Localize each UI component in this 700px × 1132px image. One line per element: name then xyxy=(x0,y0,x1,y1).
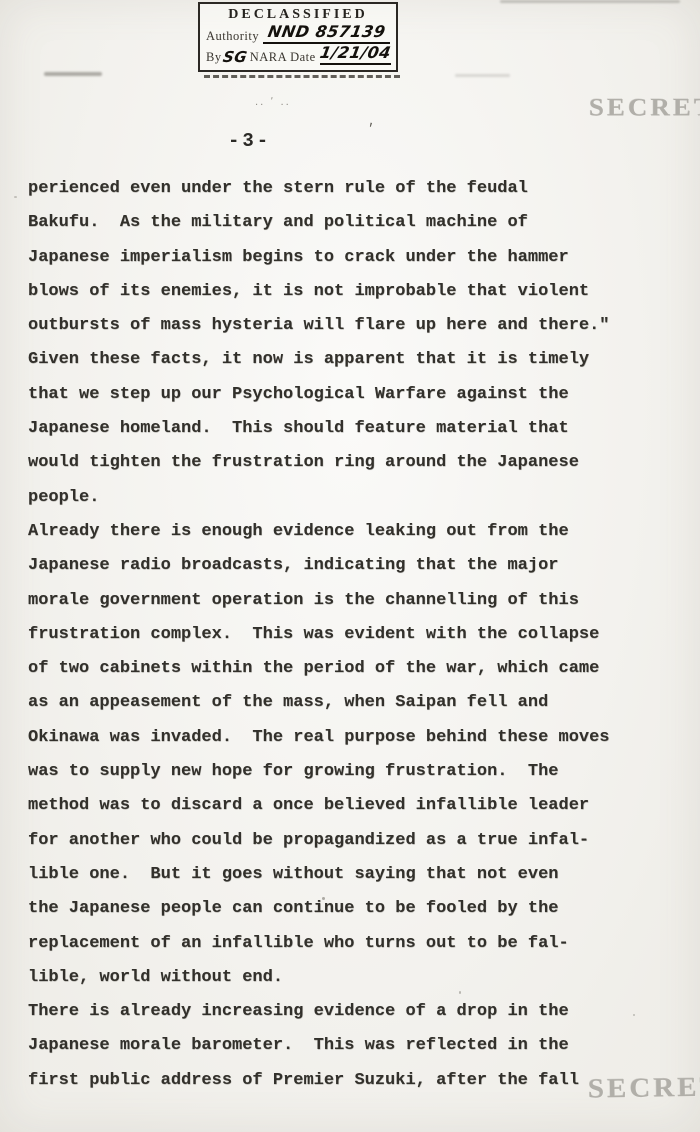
text-line: Japanese radio broadcasts, indicating th… xyxy=(28,549,688,583)
page-number: -3- xyxy=(228,130,271,152)
text-line: Japanese morale barometer. This was refl… xyxy=(28,1029,688,1063)
text-line: Already there is enough evidence leaking… xyxy=(28,515,688,549)
text-line: lible, world without end. xyxy=(28,961,688,995)
declassified-stamp: DECLASSIFIED Authority NND 857139 By SG … xyxy=(198,2,398,72)
paper-speck xyxy=(322,897,325,900)
text-line: would tighten the frustration ring aroun… xyxy=(28,446,688,480)
paper-speck xyxy=(459,991,461,994)
paper-speck xyxy=(633,1014,635,1016)
declassified-date-row: By SG NARA Date 1/21/04 xyxy=(200,44,396,65)
scan-smear xyxy=(44,72,102,76)
text-line: first public address of Premier Suzuki, … xyxy=(28,1064,688,1098)
scanned-document-page: DECLASSIFIED Authority NND 857139 By SG … xyxy=(0,0,700,1132)
text-line: that we step up our Psychological Warfar… xyxy=(28,378,688,412)
text-line: Given these facts, it now is apparent th… xyxy=(28,343,688,377)
stamp-bottom-dashes xyxy=(204,75,400,78)
text-line: perienced even under the stern rule of t… xyxy=(28,172,688,206)
date-value-underline: 1/21/04 xyxy=(320,45,391,65)
text-line: for another who could be propagandized a… xyxy=(28,824,688,858)
declassified-stamp-title: DECLASSIFIED xyxy=(200,7,396,23)
paper-speck xyxy=(14,196,17,198)
text-line: the Japanese people can continue to be f… xyxy=(28,892,688,926)
date-value-handwriting: 1/21/04 xyxy=(318,45,392,61)
by-label: By xyxy=(206,50,222,65)
by-initials-handwriting: SG xyxy=(221,50,248,65)
authority-label: Authority xyxy=(206,29,259,44)
text-line: was to supply new hope for growing frust… xyxy=(28,755,688,789)
text-line: method was to discard a once believed in… xyxy=(28,789,688,823)
text-line: frustration complex. This was evident wi… xyxy=(28,618,688,652)
authority-value-underline: NND 857139 xyxy=(263,24,390,44)
text-line: Japanese imperialism begins to crack und… xyxy=(28,241,688,275)
text-line: replacement of an infallible who turns o… xyxy=(28,927,688,961)
declassified-authority-row: Authority NND 857139 xyxy=(200,23,396,44)
scan-smear xyxy=(455,74,510,77)
document-body: perienced even under the stern rule of t… xyxy=(28,172,688,1098)
text-line: people. xyxy=(28,481,688,515)
text-line: morale government operation is the chann… xyxy=(28,584,688,618)
text-line: Bakufu. As the military and political ma… xyxy=(28,206,688,240)
text-line: of two cabinets within the period of the… xyxy=(28,652,688,686)
text-line: blows of its enemies, it is not improbab… xyxy=(28,275,688,309)
stray-mark: ʹ xyxy=(364,120,375,136)
smudge-mark: .. ʹ .. xyxy=(255,97,291,108)
text-line: outbursts of mass hysteria will flare up… xyxy=(28,309,688,343)
text-line: Okinawa was invaded. The real purpose be… xyxy=(28,721,688,755)
authority-value-handwriting: NND 857139 xyxy=(266,24,386,40)
text-line: lible one. But it goes without saying th… xyxy=(28,858,688,892)
scan-smear xyxy=(500,0,680,3)
nara-date-label: NARA Date xyxy=(250,50,316,65)
text-line: There is already increasing evidence of … xyxy=(28,995,688,1029)
secret-stamp-top: SECRET xyxy=(589,93,700,122)
text-line: as an appeasement of the mass, when Saip… xyxy=(28,686,688,720)
text-line: Japanese homeland. This should feature m… xyxy=(28,412,688,446)
